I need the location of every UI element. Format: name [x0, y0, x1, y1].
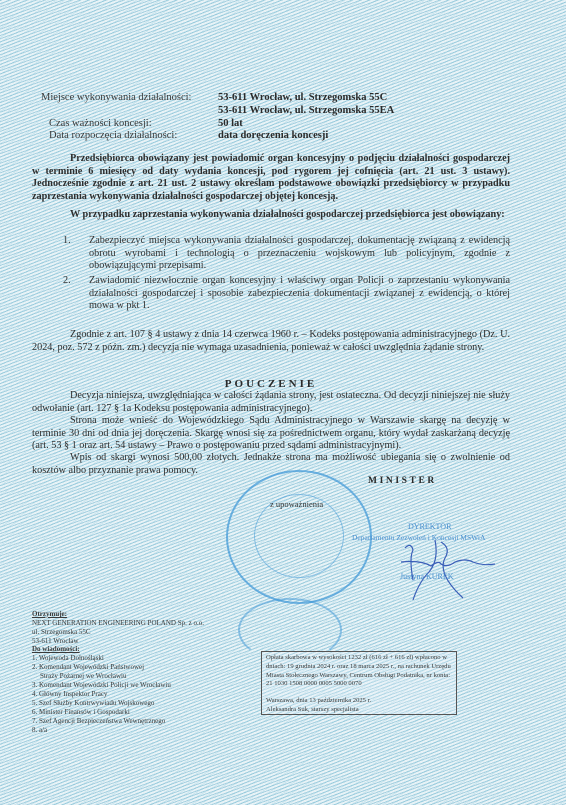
director-title: DYREKTOR: [408, 522, 451, 531]
fee-line: 21 1030 1508 0000 0005 5000 0070: [266, 680, 452, 689]
fee-line: dniach: 19 grudnia 2024 r. oraz 18 marca…: [266, 663, 452, 672]
official-seal-stamp: [226, 470, 372, 604]
cc-item: Straży Pożarnej we Wrocławiu: [40, 672, 126, 681]
label-place-of-business: Miejsce wykonywania działalności:: [41, 92, 191, 103]
paragraph-cessation-intro: W przypadku zaprzestania wykonywania dzi…: [32, 209, 510, 222]
recipient-name: NEXT GENERATION ENGINEERING POLAND Sp. z…: [32, 619, 204, 628]
minister-label: MINISTER: [368, 476, 437, 486]
paragraph-obligation: Przedsiębiorca obowiązany jest powiadomi…: [32, 153, 510, 203]
cc-item: 6. Minister Finansów i Gospodarki: [32, 708, 130, 717]
obligation-text: Zabezpieczyć miejsca wykonywania działal…: [89, 235, 510, 271]
pouczenie-paragraph-2: Strona może wnieść do Wojewódzkiego Sądu…: [32, 415, 510, 453]
authorization-label: z upoważnienia: [270, 499, 323, 509]
document-page: Miejsce wykonywania działalności: 53-611…: [0, 0, 566, 805]
obligation-item-2: 2. Zawiadomić niezwłocznie organ koncesy…: [89, 275, 510, 313]
cc-label: Do wiadomości:: [32, 645, 80, 654]
label-start-date: Data rozpoczęcia działalności:: [49, 130, 177, 141]
pouczenie-paragraph-1: Decyzja niniejsza, uwzględniająca w cało…: [32, 390, 510, 415]
value-place-of-business-2: 53-611 Wrocław, ul. Strzegomska 55EA: [218, 105, 394, 116]
cc-item: 1. Wojewoda Dolnośląski: [32, 654, 104, 663]
spacer: [266, 689, 452, 697]
label-validity: Czas ważności koncesji:: [49, 118, 152, 129]
cc-item: 8. a/a: [32, 726, 47, 735]
cc-item: 5. Szef Służby Kontrwywiadu Wojskowego: [32, 699, 154, 708]
cc-item: 2. Komendant Wojewódzki Państwowej: [32, 663, 144, 672]
fee-place-date: Warszawa, dnia 13 października 2025 r.: [266, 697, 452, 706]
fee-line: Miasta Stołecznego Warszawy, Centrum Obs…: [266, 672, 452, 681]
value-validity: 50 lat: [218, 118, 243, 129]
list-number: 1.: [63, 235, 71, 248]
list-number: 2.: [63, 275, 71, 288]
recipient-street: ul. Strzegomska 55C: [32, 628, 91, 637]
cc-item: 4. Główny Inspektor Pracy: [32, 690, 107, 699]
recipient-label: Otrzymuje:: [32, 610, 67, 619]
stamp-duty-box: Opłata skarbowa w wysokości 1232 zł (616…: [261, 651, 457, 715]
paragraph-kpa: Zgodnie z art. 107 § 4 ustawy z dnia 14 …: [32, 329, 510, 354]
obligation-text: Zawiadomić niezwłocznie organ koncesyjny…: [89, 275, 510, 311]
pouczenie-heading: POUCZENIE: [32, 378, 510, 390]
handwritten-signature-icon: [395, 540, 505, 600]
pouczenie-paragraph-3: Wpis od skargi wynosi 500,00 złotych. Je…: [32, 452, 510, 477]
fee-line: Opłata skarbowa w wysokości 1232 zł (616…: [266, 654, 452, 663]
value-place-of-business-1: 53-611 Wrocław, ul. Strzegomska 55C: [218, 92, 387, 103]
obligation-item-1: 1. Zabezpieczyć miejsca wykonywania dzia…: [89, 235, 510, 273]
fee-clerk: Aleksandra Suk, starszy specjalista: [266, 706, 452, 715]
cc-item: 7. Szef Agencji Bezpieczeństwa Wewnętrzn…: [32, 717, 165, 726]
director-name: Justyna KUREK: [400, 572, 454, 581]
value-start-date: data doręczenia koncesji: [218, 130, 328, 141]
cc-item: 3. Komendant Wojewódzki Policji we Wrocł…: [32, 681, 171, 690]
